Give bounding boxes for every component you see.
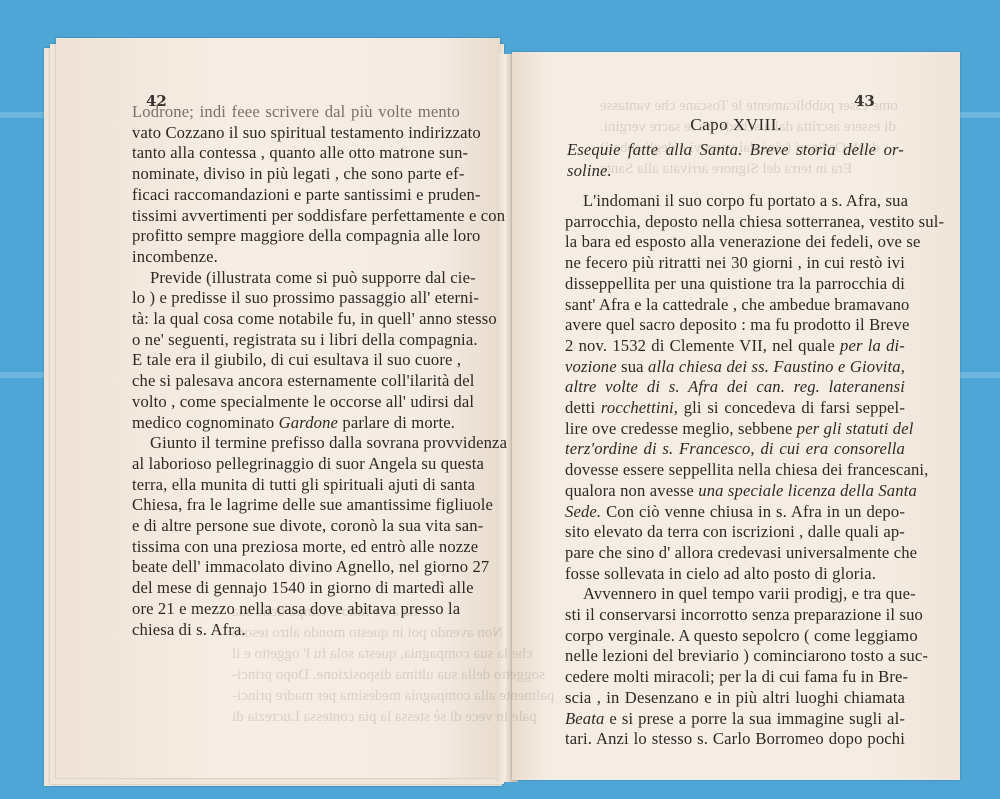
text-line: 2 nov. 1532 di Clemente VII, nel quale p… [565, 336, 905, 357]
text-line: Avvennero in quel tempo varii prodigj, e… [565, 584, 905, 605]
text-run: parlare di morte. [338, 413, 455, 432]
text-line: scia , in Desenzano e in più altri luogh… [565, 688, 905, 709]
text-line: vozione sua alla chiesa dei ss. Faustino… [565, 357, 905, 378]
text-run: qualora non avesse [565, 481, 698, 500]
text-run: medico cognominato [132, 413, 279, 432]
text-line: Giunto il termine prefisso dalla sovrana… [132, 433, 460, 454]
text-line: parrocchia, deposto nella chiesa sotterr… [565, 212, 905, 233]
text-line: medico cognominato Gardone parlare di mo… [132, 413, 460, 434]
italic-text: di cui era consorella [760, 439, 905, 458]
text-line: tissima con una preziosa morte, ed entrò… [132, 537, 460, 558]
text-line: avere quel sacro deposito : ma fu prodot… [565, 315, 905, 336]
text-run: , gli si concedeva di farsi seppel- [674, 398, 905, 417]
text-line: terra, ella munita di tutti gli spiritua… [132, 475, 460, 496]
text-line: o ne' seguenti, registrata su i libri de… [132, 330, 460, 351]
text-line: al laborioso pellegrinaggio di suor Ange… [132, 454, 460, 475]
text-line: vato Cozzano il suo spiritual testamento… [132, 123, 460, 144]
chapter-subtitle: Esequie fatte alla Santa. Breve storia d… [567, 140, 904, 181]
text-line: Previde (illustrata come si può supporre… [132, 268, 460, 289]
chapter-subtitle-line: soline. [567, 161, 904, 182]
text-line: terz'ordine di s. Francesco, di cui era … [565, 439, 905, 460]
right-page-number: 43 [854, 92, 875, 110]
text-line: che si palesava ancora esternamente coll… [132, 371, 460, 392]
bleed-through-line: palmente alla compagnia medesima per mad… [232, 686, 554, 707]
text-line: altre volte di s. Afra dei can. reg. lat… [565, 377, 905, 398]
text-line: ficaci raccomandazioni e parte santissim… [132, 185, 460, 206]
text-line: disseppellita per una quistione tra la p… [565, 274, 905, 295]
italic-text: Gardone [279, 413, 338, 432]
text-line: fosse sollevata in cielo ad alto posto d… [565, 564, 905, 585]
chapter-heading: Capo XVIII. [512, 115, 960, 135]
italic-text: rocchettini [601, 398, 674, 417]
italic-text: alla chiesa dei ss. Faustino e Giovita, [648, 357, 905, 376]
left-page-body: Lodrone; indi feee scrivere dal più volt… [132, 102, 460, 640]
right-page-body: L'indomani il suo corpo fu portato a s. … [565, 191, 905, 750]
italic-text: terz'ordine di s. Francesco, [565, 439, 755, 458]
text-line: beate dell' immacolato divino Agnello, n… [132, 557, 460, 578]
chapter-title: Capo XVIII. [690, 115, 781, 134]
bleed-through-line: pale in vece di sè stessa la pia contess… [232, 707, 537, 728]
italic-text: Sede. [565, 502, 601, 521]
text-line: chiesa di s. Afra. [132, 620, 460, 641]
text-line: nominate, diviso in più legati , che son… [132, 164, 460, 185]
italic-text: Beata [565, 709, 604, 728]
text-line: tissimi avvertimenti per soddisfare perf… [132, 206, 460, 227]
text-line: cedere molti miracoli; per la di cui fam… [565, 667, 905, 688]
text-run: detti [565, 398, 601, 417]
text-run: lire ove credesse meglio, sebbene [565, 419, 797, 438]
text-line: Sede. Con ciò venne chiusa in s. Afra in… [565, 502, 905, 523]
text-line: la bara ed esposto alla venerazione dei … [565, 232, 905, 253]
italic-text: altre volte di s. Afra dei can. reg. lat… [565, 377, 905, 396]
text-line: volto , come specialmente le occorse all… [132, 392, 460, 413]
text-line: del mese di gennajo 1540 in giorno di ma… [132, 578, 460, 599]
text-run: 2 nov. 1532 di Clemente VII, nel quale [565, 336, 840, 355]
italic-text: vozione [565, 357, 617, 376]
italic-text: per gli statuti del [797, 419, 914, 438]
text-line: detti rocchettini, gli si concedeva di f… [565, 398, 905, 419]
text-line: pare che sino d' allora credevasi univer… [565, 543, 905, 564]
bleed-through-line: soggetto della sua ultima disposizione. … [232, 665, 545, 686]
text-line: Chiesa, fra le lagrime delle sue amantis… [132, 495, 460, 516]
text-line: ore 21 e mezzo nella casa dove abitava p… [132, 599, 460, 620]
chapter-subtitle-line: Esequie fatte alla Santa. Breve storia d… [567, 140, 904, 161]
text-line: nelle lezioni del breviario ) cominciaro… [565, 646, 905, 667]
text-line: tanto alla contessa , quanto alle otto m… [132, 143, 460, 164]
text-line: profitto sempre maggiore della compagnia… [132, 226, 460, 247]
text-line: E tale era il giubilo, di cui esultava i… [132, 350, 460, 371]
text-run: e si prese a porre la sua immagine sugli… [604, 709, 905, 728]
text-line: sito elevato da terra con iscrizioni , d… [565, 522, 905, 543]
bleed-through-line: che la sua compagnia, questa sola fu l' … [232, 644, 533, 665]
text-line: ne fecero più ritratti nei 30 giorni , i… [565, 253, 905, 274]
text-line: Lodrone; indi feee scrivere dal più volt… [132, 102, 460, 123]
text-line: L'indomani il suo corpo fu portato a s. … [565, 191, 905, 212]
text-line: qualora non avesse una speciale licenza … [565, 481, 905, 502]
text-line: tà: la qual cosa come notabile fu, in qu… [132, 309, 460, 330]
text-line: lo ) e predisse il suo prossimo passaggi… [132, 288, 460, 309]
text-line: e di altre persone sue divote, coronò la… [132, 516, 460, 537]
text-line: Beata e si prese a porre la sua immagine… [565, 709, 905, 730]
text-line: incombenze. [132, 247, 460, 268]
italic-text: per la di- [840, 336, 905, 355]
italic-text: una speciale licenza della Santa [698, 481, 917, 500]
text-line: lire ove credesse meglio, sebbene per gl… [565, 419, 905, 440]
text-run: sua [617, 357, 648, 376]
text-run: Con ciò venne chiusa in s. Afra in un de… [601, 502, 905, 521]
text-line: sant' Afra e la cattedrale , che ambedue… [565, 295, 905, 316]
text-line: sti il conservarsi incorrotto senza prep… [565, 605, 905, 626]
text-line: corpo verginale. A questo sepolcro ( com… [565, 626, 905, 647]
text-line: tari. Anzi lo stesso s. Carlo Borromeo d… [565, 729, 905, 750]
text-line: dovesse essere seppellita nella chiesa d… [565, 460, 905, 481]
